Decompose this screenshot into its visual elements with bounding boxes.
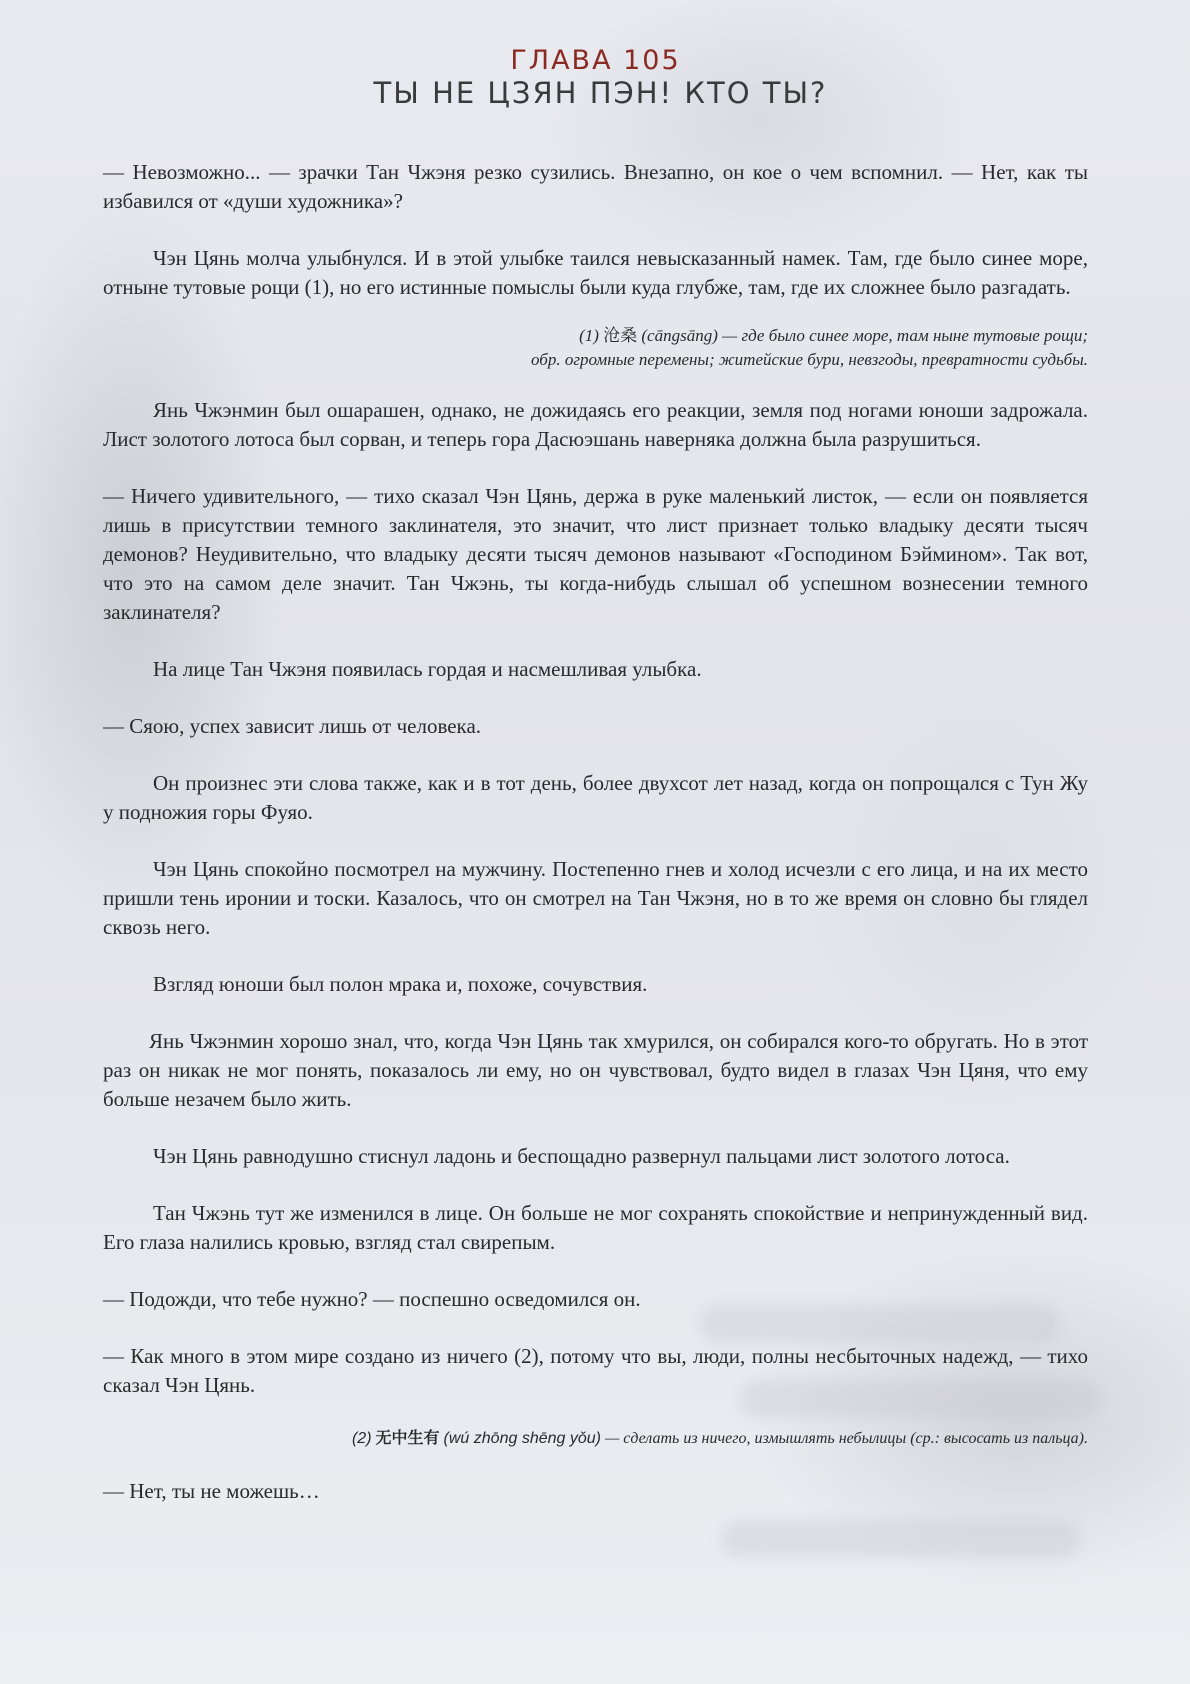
paragraph: — Нет, ты не можешь… <box>103 1477 1088 1506</box>
paragraph: Взгляд юноши был полон мрака и, похоже, … <box>103 970 1088 999</box>
chapter-number: ГЛАВА 105 <box>103 46 1088 76</box>
footnote-hanzi: 无中生有 <box>376 1428 440 1447</box>
paragraph: — Подожди, что тебе нужно? — поспешно ос… <box>103 1285 1088 1314</box>
footnote-marker: (1) <box>579 326 599 345</box>
paragraph: — Как много в этом мире создано из ничег… <box>103 1342 1088 1400</box>
footnote-text: — где было синее море, там ныне тутовые … <box>722 326 1088 345</box>
paragraph: На лице Тан Чжэня появилась гордая и нас… <box>103 655 1088 684</box>
chapter-title: ТЫ НЕ ЦЗЯН ПЭН! КТО ТЫ? <box>103 76 1088 110</box>
footnote-hanzi: 沧桑 <box>603 326 637 346</box>
paragraph: — Сяою, успех зависит лишь от человека. <box>103 712 1088 741</box>
paragraph: — Ничего удивительного, — тихо сказал Чэ… <box>103 482 1088 627</box>
footnote-pinyin: (wú zhōng shēng yǒu) <box>444 1430 601 1447</box>
footnote-pinyin: (cāngsāng) <box>641 326 717 345</box>
paragraph: Тан Чжэнь тут же изменился в лице. Он бо… <box>103 1199 1088 1257</box>
footnote-1: (1) 沧桑 (cāngsāng) — где было синее море,… <box>103 324 1088 372</box>
paragraph: Он произнес эти слова также, как и в тот… <box>103 769 1088 827</box>
paragraph: — Невозможно... — зрачки Тан Чжэня резко… <box>103 158 1088 216</box>
paragraph: Чэн Цянь молча улыбнулся. И в этой улыбк… <box>103 244 1088 302</box>
footnote-2: (2) 无中生有 (wú zhōng shēng yǒu) — сделать … <box>103 1426 1088 1451</box>
paragraph: Янь Чжэнмин был ошарашен, однако, не дож… <box>103 396 1088 454</box>
chapter-header: ГЛАВА 105 ТЫ НЕ ЦЗЯН ПЭН! КТО ТЫ? <box>103 46 1088 110</box>
paragraph: Чэн Цянь равнодушно стиснул ладонь и бес… <box>103 1142 1088 1171</box>
footnote-marker: (2) <box>352 1430 372 1447</box>
paragraph: Янь Чжэнмин хорошо знал, что, когда Чэн … <box>103 1027 1088 1114</box>
brush-stroke <box>720 1520 1080 1558</box>
paragraph: Чэн Цянь спокойно посмотрел на мужчину. … <box>103 855 1088 942</box>
footnote-text: обр. огромные перемены; житейские бури, … <box>531 350 1088 369</box>
document-page: ГЛАВА 105 ТЫ НЕ ЦЗЯН ПЭН! КТО ТЫ? — Нево… <box>103 0 1088 1506</box>
footnote-text: — сделать из ничего, измышлять небылицы … <box>605 1430 1088 1447</box>
